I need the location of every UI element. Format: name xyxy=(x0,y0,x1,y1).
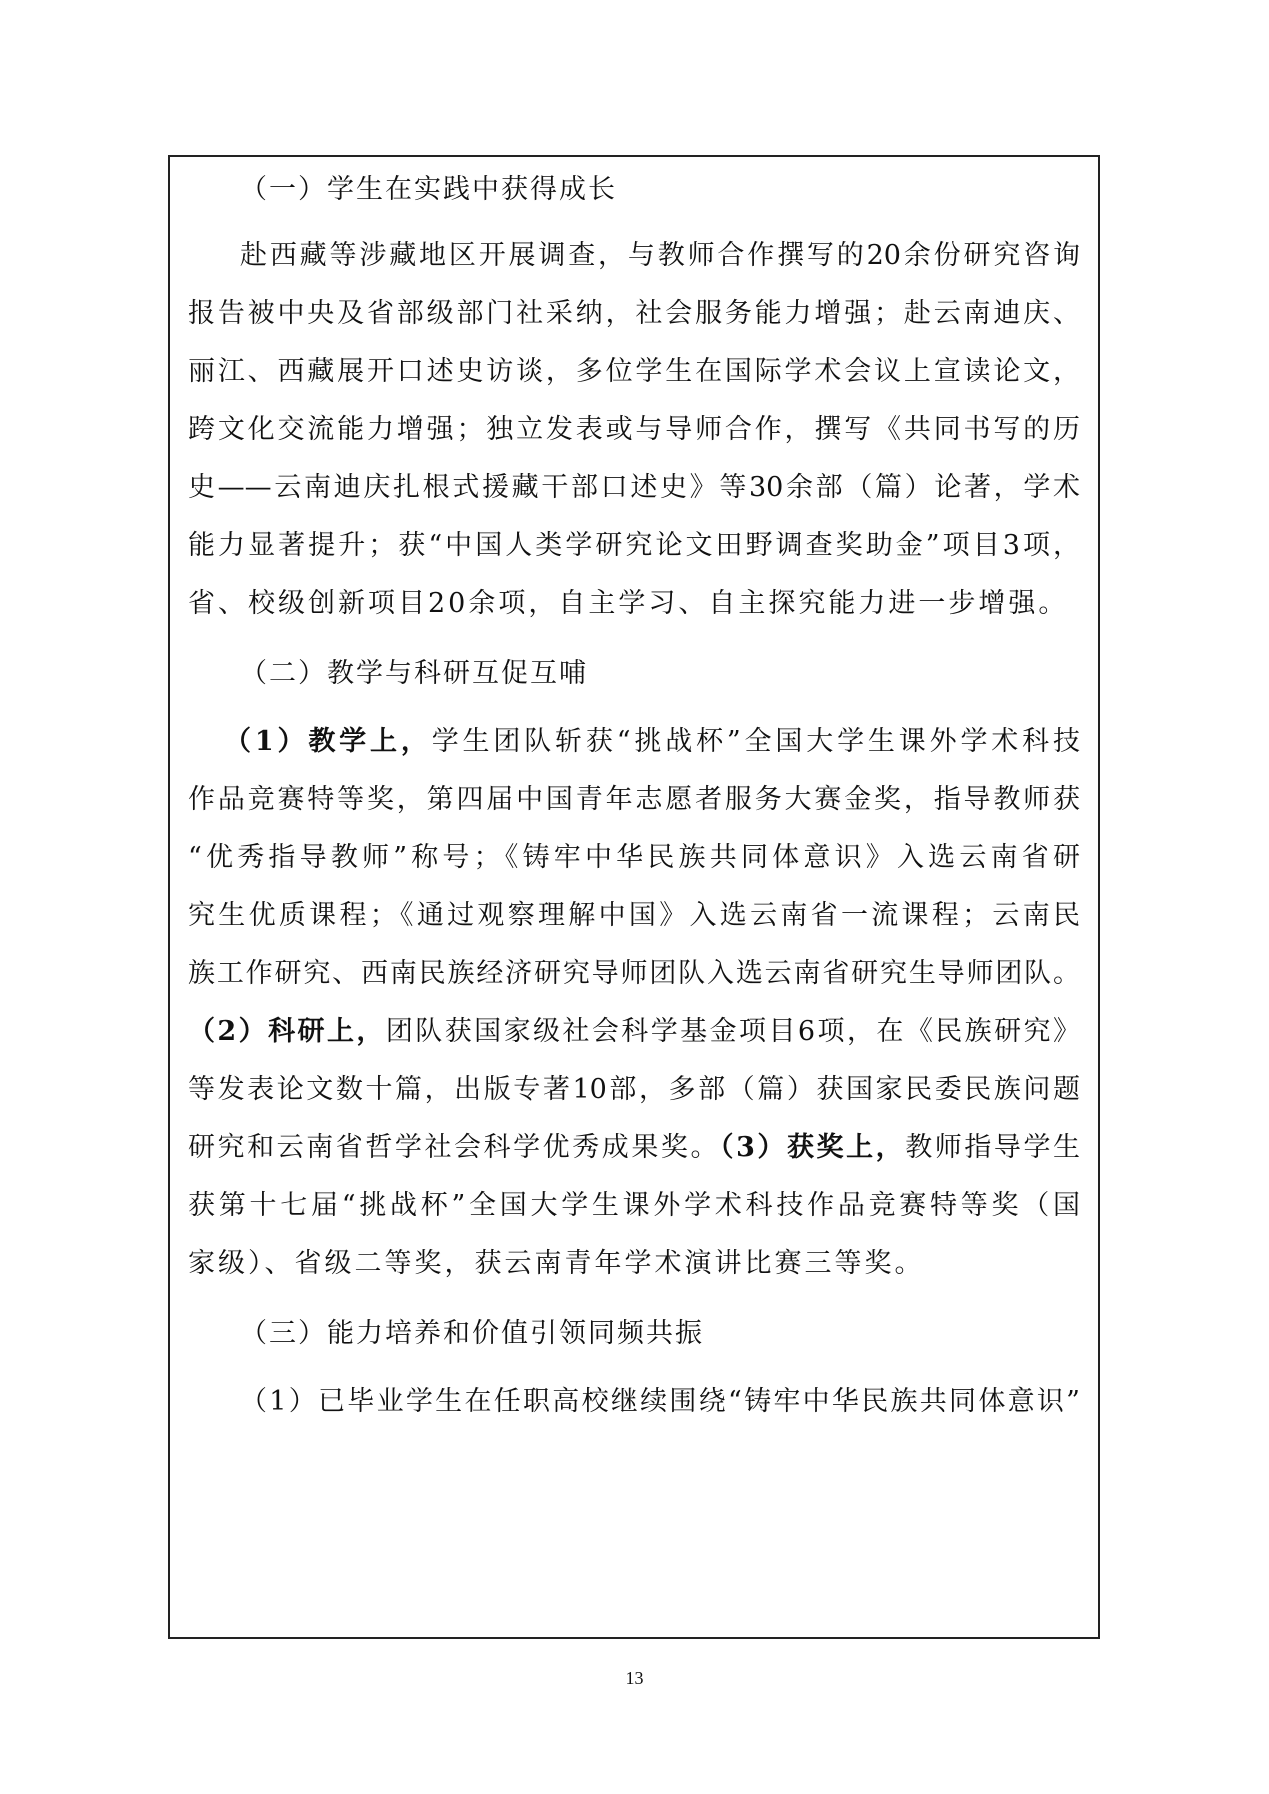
paragraph-line: 等发表论文数十篇，出版专著10部，多部（篇）获国家民委民族问题 xyxy=(188,1067,1080,1106)
paragraph-line: 跨文化交流能力增强；独立发表或与导师合作，撰写《共同书写的历 xyxy=(188,407,1080,446)
paragraph-text: 学生团队斩获“挑战杯”全国大学生课外学术科技 xyxy=(432,726,1080,757)
research-label: （2）科研上， xyxy=(188,1016,386,1047)
paragraph-line: 能力显著提升；获“中国人类学研究论文田野调查奖助金”项目3项， xyxy=(188,523,1080,562)
paragraph-line: （1）教学上，学生团队斩获“挑战杯”全国大学生课外学术科技 xyxy=(224,719,1080,758)
paragraph-line: 研究和云南省哲学社会科学优秀成果奖。（3）获奖上，教师指导学生 xyxy=(188,1125,1080,1164)
paragraph-line: 史——云南迪庆扎根式援藏干部口述史》等30余部（篇）论著，学术 xyxy=(188,465,1080,504)
paragraph-line: 家级）、省级二等奖，获云南青年学术演讲比赛三等奖。 xyxy=(188,1241,1080,1280)
paragraph-line: 省、校级创新项目20余项，自主学习、自主探究能力进一步增强。 xyxy=(188,581,1080,620)
section-heading-1: （一）学生在实践中获得成长 xyxy=(240,167,617,206)
paragraph-text: 教师指导学生 xyxy=(905,1132,1080,1163)
paragraph-line: 丽江、西藏展开口述史访谈，多位学生在国际学术会议上宣读论文， xyxy=(188,349,1080,388)
paragraph-text: 研究和云南省哲学社会科学优秀成果奖。 xyxy=(188,1132,720,1163)
paragraph-line: 赴西藏等涉藏地区开展调查，与教师合作撰写的20余份研究咨询 xyxy=(240,233,1080,272)
paragraph-line: （2）科研上，团队获国家级社会科学基金项目6项，在《民族研究》 xyxy=(188,1009,1080,1048)
paragraph-line: 获第十七届“挑战杯”全国大学生课外学术科技作品竞赛特等奖（国 xyxy=(188,1183,1080,1222)
section-heading-3: （三）能力培养和价值引领同频共振 xyxy=(240,1311,704,1350)
section-heading-2: （二）教学与科研互促互哺 xyxy=(240,651,588,690)
page-number: 13 xyxy=(0,1668,1269,1689)
paragraph-line: 报告被中央及省部级部门社采纳，社会服务能力增强；赴云南迪庆、 xyxy=(188,291,1080,330)
teaching-label: （1）教学上， xyxy=(224,726,432,757)
paragraph-line: （1）已毕业学生在任职高校继续围绕“铸牢中华民族共同体意识” xyxy=(240,1379,1080,1418)
paragraph-text: 团队获国家级社会科学基金项目6项，在《民族研究》 xyxy=(386,1016,1080,1047)
paragraph-line: 作品竞赛特等奖，第四届中国青年志愿者服务大赛金奖，指导教师获 xyxy=(188,777,1080,816)
paragraph-line: 族工作研究、西南民族经济研究导师团队入选云南省研究生导师团队。 xyxy=(188,951,1080,990)
paragraph-line: 究生优质课程；《通过观察理解中国》入选云南省一流课程；云南民 xyxy=(188,893,1080,932)
document-frame: （一）学生在实践中获得成长 赴西藏等涉藏地区开展调查，与教师合作撰写的20余份研… xyxy=(168,155,1100,1639)
paragraph-line: “优秀指导教师”称号；《铸牢中华民族共同体意识》入选云南省研 xyxy=(188,835,1080,874)
awards-label: （3）获奖上， xyxy=(720,1132,905,1163)
